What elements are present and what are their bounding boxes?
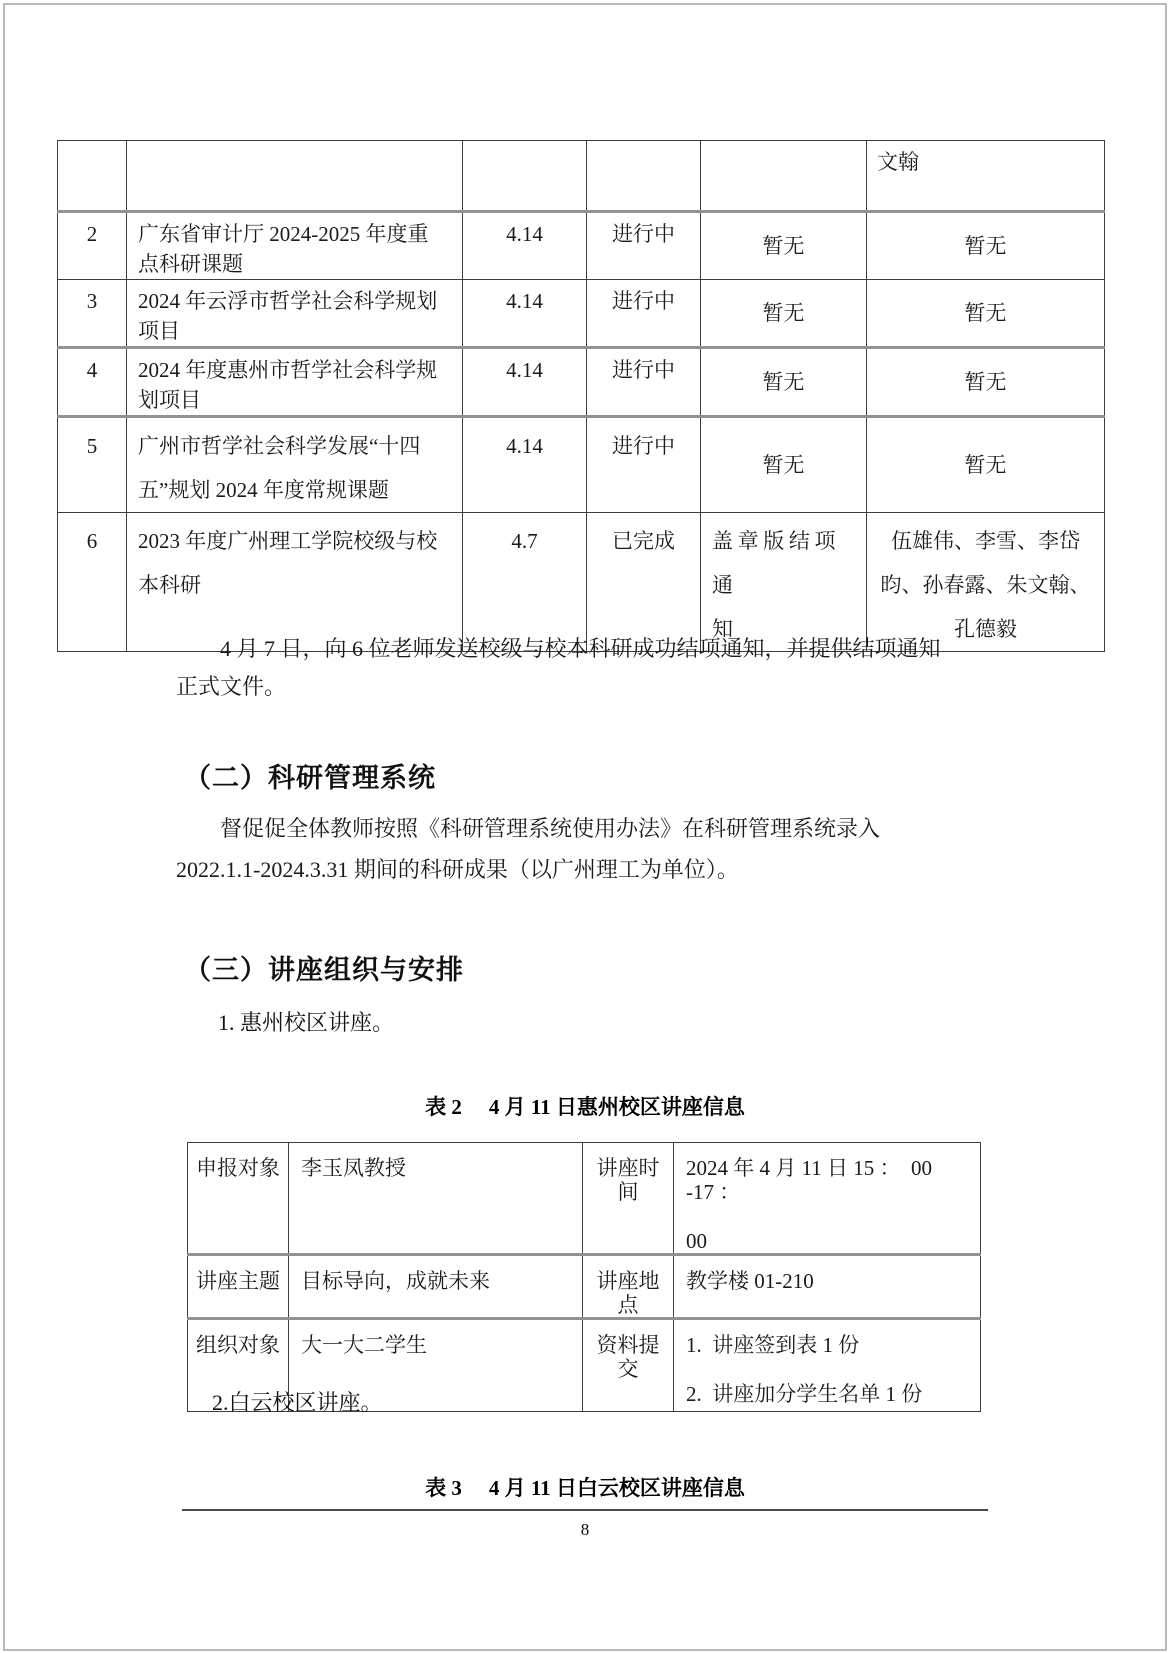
cell-label: 资料提交 (583, 1319, 674, 1412)
cell-value: 目标导向，成就未来 (289, 1255, 583, 1319)
cell-value: 李玉凤教授 (289, 1143, 583, 1255)
cell-value: 1. 讲座签到表 1 份 2. 讲座加分学生名单 1 份 (674, 1319, 981, 1412)
cell-people: 暂无 (867, 348, 1105, 417)
cell-people: 文翰 (867, 141, 1105, 212)
table2-caption-title: 4 月 11 日惠州校区讲座信息 (489, 1095, 745, 1119)
cell-status (587, 141, 701, 212)
paragraph-line: 2022.1.1-2024.3.31 期间的科研成果（以广州理工为单位）。 (176, 849, 1016, 890)
document-page: 文翰 2 广东省审计厅 2024-2025 年度重 点科研课题 4.14 进行中… (0, 0, 1170, 1653)
cell-notice: 暂无 (701, 280, 867, 348)
cell-project (127, 141, 463, 212)
section-heading-2: （二）科研管理系统 (184, 756, 436, 795)
cell-value: 教学楼 01-210 (674, 1255, 981, 1319)
table3-caption-label: 表 3 (425, 1476, 462, 1500)
system-paragraph: 督促促全体教师按照《科研管理系统使用办法》在科研管理系统录入 2022.1.1-… (176, 808, 1016, 890)
list-item-huizhou: 1. 惠州校区讲座。 (218, 1006, 394, 1037)
table-row: 4 2024 年度惠州市哲学社会科学规 划项目 4.14 进行中 暂无 暂无 (58, 348, 1105, 417)
table-row: 5 广州市哲学社会科学发展“十四 五”规划 2024 年度常规课题 4.14 进… (58, 417, 1105, 513)
paragraph-line: 正式文件。 (176, 668, 1016, 706)
cell-notice: 暂无 (701, 417, 867, 513)
cell-label: 讲座主题 (188, 1255, 289, 1319)
cell-no: 6 (58, 513, 127, 652)
cell-label: 讲座地点 (583, 1255, 674, 1319)
research-projects-table: 文翰 2 广东省审计厅 2024-2025 年度重 点科研课题 4.14 进行中… (57, 140, 1105, 652)
footer-divider (182, 1509, 988, 1511)
cell-status: 进行中 (587, 348, 701, 417)
list-item-baiyun: 2.白云校区讲座。 (212, 1386, 383, 1417)
lecture-info-table: 申报对象 李玉凤教授 讲座时间 2024 年 4 月 11 日 15 ： 00 … (187, 1142, 981, 1412)
paragraph-line: 督促促全体教师按照《科研管理系统使用办法》在科研管理系统录入 (176, 808, 1016, 849)
cell-project: 广州市哲学社会科学发展“十四 五”规划 2024 年度常规课题 (127, 417, 463, 513)
cell-status: 进行中 (587, 212, 701, 280)
cell-date (463, 141, 587, 212)
cell-no: 5 (58, 417, 127, 513)
cell-notice (701, 141, 867, 212)
cell-notice: 暂无 (701, 212, 867, 280)
cell-value: 2024 年 4 月 11 日 15 ： 00 -17 ： 00 (674, 1143, 981, 1255)
table3-caption: 表 34 月 11 日白云校区讲座信息 (0, 1472, 1170, 1502)
cell-no: 2 (58, 212, 127, 280)
cell-people: 暂无 (867, 212, 1105, 280)
table2-caption-label: 表 2 (425, 1095, 462, 1119)
page-number: 8 (0, 1520, 1170, 1540)
cell-people: 暂无 (867, 417, 1105, 513)
cell-date: 4.14 (463, 348, 587, 417)
cell-no (58, 141, 127, 212)
table2-caption: 表 24 月 11 日惠州校区讲座信息 (0, 1091, 1170, 1121)
cell-notice: 暂无 (701, 348, 867, 417)
table-row: 讲座主题 目标导向，成就未来 讲座地点 教学楼 01-210 (188, 1255, 981, 1319)
table-row: 2 广东省审计厅 2024-2025 年度重 点科研课题 4.14 进行中 暂无… (58, 212, 1105, 280)
cell-project: 广东省审计厅 2024-2025 年度重 点科研课题 (127, 212, 463, 280)
cell-label: 申报对象 (188, 1143, 289, 1255)
table-row: 申报对象 李玉凤教授 讲座时间 2024 年 4 月 11 日 15 ： 00 … (188, 1143, 981, 1255)
paragraph-line: 4 月 7 日，向 6 位老师发送校级与校本科研成功结项通知，并提供结项通知 (176, 630, 1016, 668)
cell-date: 4.14 (463, 212, 587, 280)
cell-date: 4.14 (463, 417, 587, 513)
section-heading-3: （三）讲座组织与安排 (184, 948, 464, 987)
cell-status: 进行中 (587, 417, 701, 513)
cell-status: 进行中 (587, 280, 701, 348)
cell-people: 暂无 (867, 280, 1105, 348)
cell-label: 讲座时间 (583, 1143, 674, 1255)
table3-caption-title: 4 月 11 日白云校区讲座信息 (489, 1476, 745, 1500)
notice-paragraph: 4 月 7 日，向 6 位老师发送校级与校本科研成功结项通知，并提供结项通知 正… (176, 630, 1016, 706)
cell-project: 2024 年度惠州市哲学社会科学规 划项目 (127, 348, 463, 417)
cell-no: 4 (58, 348, 127, 417)
cell-date: 4.14 (463, 280, 587, 348)
cell-project: 2024 年云浮市哲学社会科学规划 项目 (127, 280, 463, 348)
table-row: 3 2024 年云浮市哲学社会科学规划 项目 4.14 进行中 暂无 暂无 (58, 280, 1105, 348)
cell-no: 3 (58, 280, 127, 348)
table-row-continued: 文翰 (58, 141, 1105, 212)
